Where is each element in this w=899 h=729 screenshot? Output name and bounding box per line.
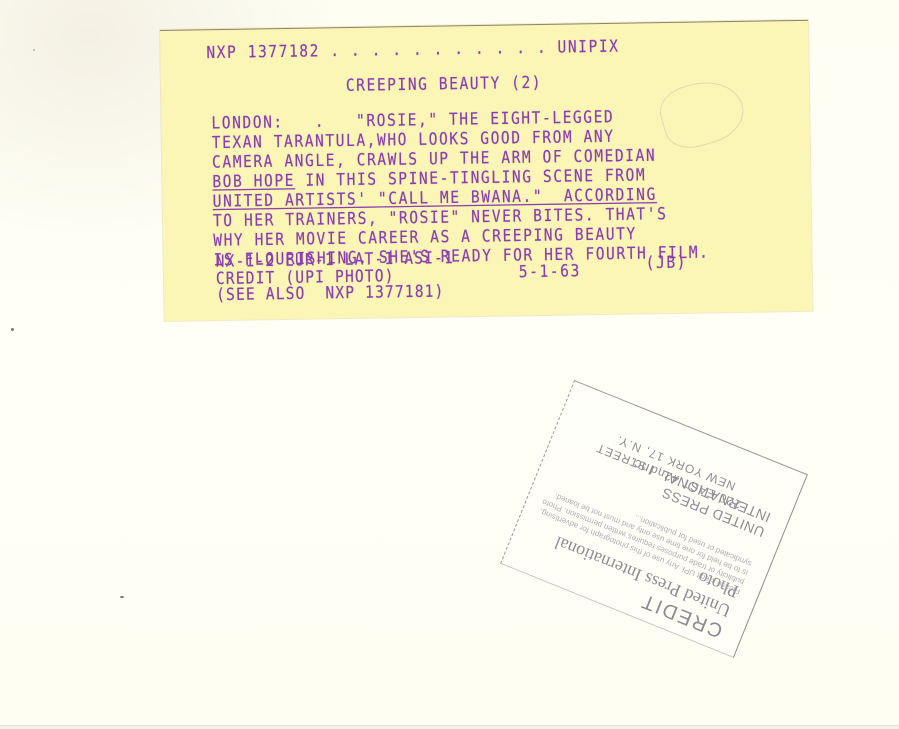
caption-label: NXP 1377182 . . . . . . . . . . . UNIPIX… <box>160 20 812 321</box>
photo-id: NXP 1377182 <box>206 42 320 62</box>
see-also-line: (SEE ALSO NXP 1377181) <box>216 283 445 305</box>
caption-date: 5-1-63 <box>519 262 581 281</box>
paper-speck <box>11 328 14 331</box>
caption-header: NXP 1377182 . . . . . . . . . . . UNIPIX <box>206 38 619 63</box>
caption-initials: (JB) <box>646 254 688 273</box>
caption-footer: NX-1-2 EUR-1 LAT-1 ASI-1 CREDIT (UPI PHO… <box>216 250 455 304</box>
paper-speck <box>120 596 124 598</box>
agency-name: UNIPIX <box>557 38 619 57</box>
paper-speck <box>33 49 35 51</box>
caption-body: LONDON: . "ROSIE," THE EIGHT-LEGGED TEXA… <box>211 87 710 271</box>
underlined-name: BOB HOPE <box>212 172 295 192</box>
leader-dots: . . . . . . . . . . . <box>320 39 548 61</box>
page-bottom-edge <box>0 725 899 729</box>
